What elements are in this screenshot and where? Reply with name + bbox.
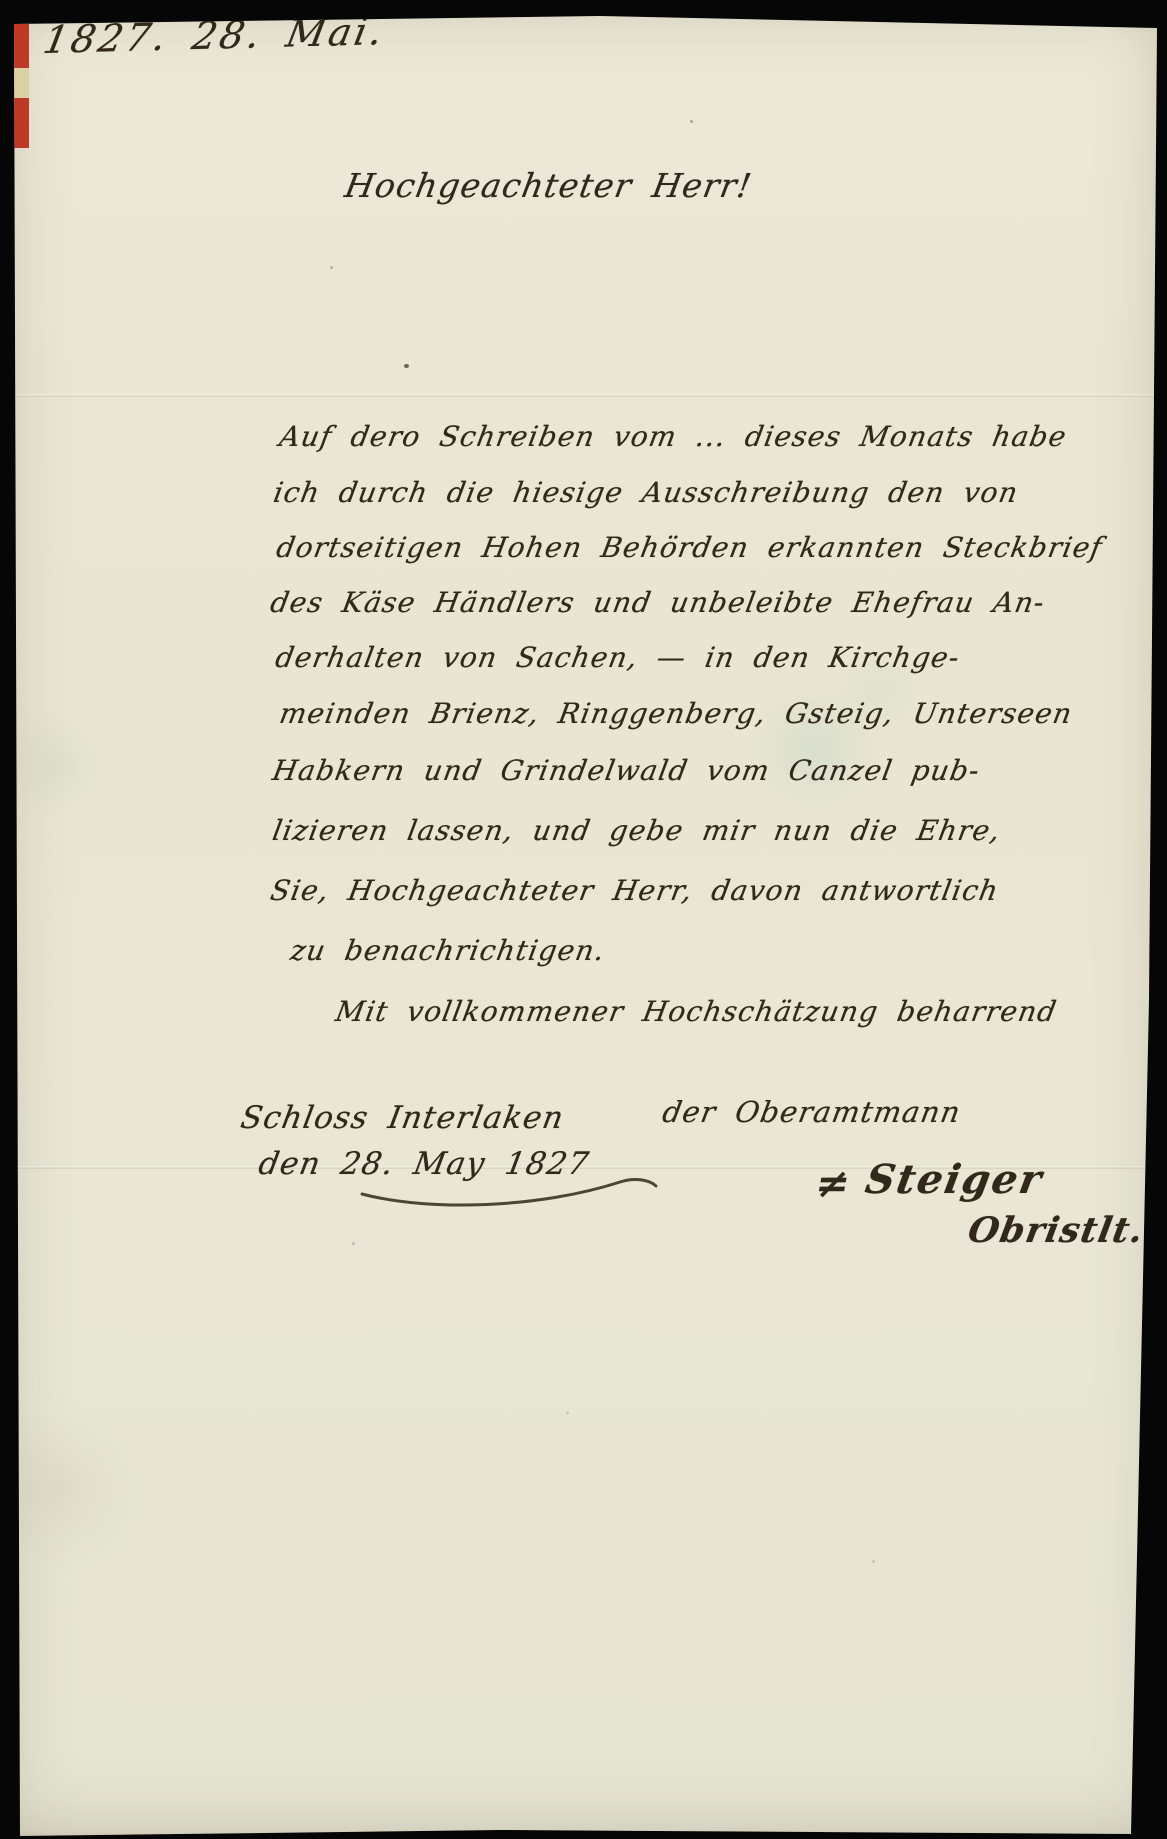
- ink-speck: [404, 364, 409, 368]
- scan-background: { "page": { "background_color": "#060606…: [0, 0, 1167, 1839]
- body-line: ich durch die hiesige Ausschreibung den …: [271, 476, 1021, 509]
- body-line: Sie, Hochgeachteter Herr, davon antwortl…: [268, 874, 1002, 907]
- fold-crease-upper: [14, 394, 1157, 397]
- body-line: dortseitigen Hohen Behörden erkannten St…: [274, 531, 1105, 564]
- red-edge-mark-top: [14, 24, 29, 68]
- body-line: des Käse Händlers und unbeleibte Ehefrau…: [268, 586, 1048, 619]
- salutation-line: Hochgeachteter Herr!: [342, 166, 755, 205]
- body-line: Habkern und Grindelwald vom Canzel pub-: [270, 754, 983, 787]
- red-edge-mark-bottom: [14, 98, 29, 148]
- body-line: meinden Brienz, Ringgenberg, Gsteig, Unt…: [277, 697, 1075, 730]
- archive-date-note: 1827. 28. Mai.: [40, 9, 389, 62]
- signature-name: Steiger: [862, 1156, 1047, 1203]
- letter-paper-sheet: 1827. 28. Mai. Hochgeachteter Herr! Auf …: [0, 0, 1167, 1839]
- date-flourish: [360, 1168, 660, 1218]
- signature-paraph: ≠: [812, 1160, 856, 1207]
- paper-speck: [330, 266, 333, 269]
- paper-speck: [566, 1412, 569, 1414]
- body-line: derhalten von Sachen, — in den Kirchge-: [273, 641, 963, 674]
- closing-line: Mit vollkommener Hochschätzung beharrend: [333, 995, 1060, 1028]
- body-line: lizieren lassen, und gebe mir nun die Eh…: [270, 814, 1004, 847]
- body-line: zu benachrichtigen.: [288, 934, 608, 967]
- body-line: Auf dero Schreiben vom ... dieses Monats…: [277, 420, 1070, 453]
- sender-title-line: der Oberamtmann: [660, 1095, 964, 1129]
- signature-rank: Obristlt.: [965, 1210, 1147, 1251]
- paper-speck: [352, 1242, 355, 1245]
- ink-speck: [690, 120, 693, 123]
- place-line: Schloss Interlaken: [238, 1100, 567, 1136]
- paper-speck: [872, 1560, 875, 1563]
- pale-edge-mark: [14, 68, 29, 98]
